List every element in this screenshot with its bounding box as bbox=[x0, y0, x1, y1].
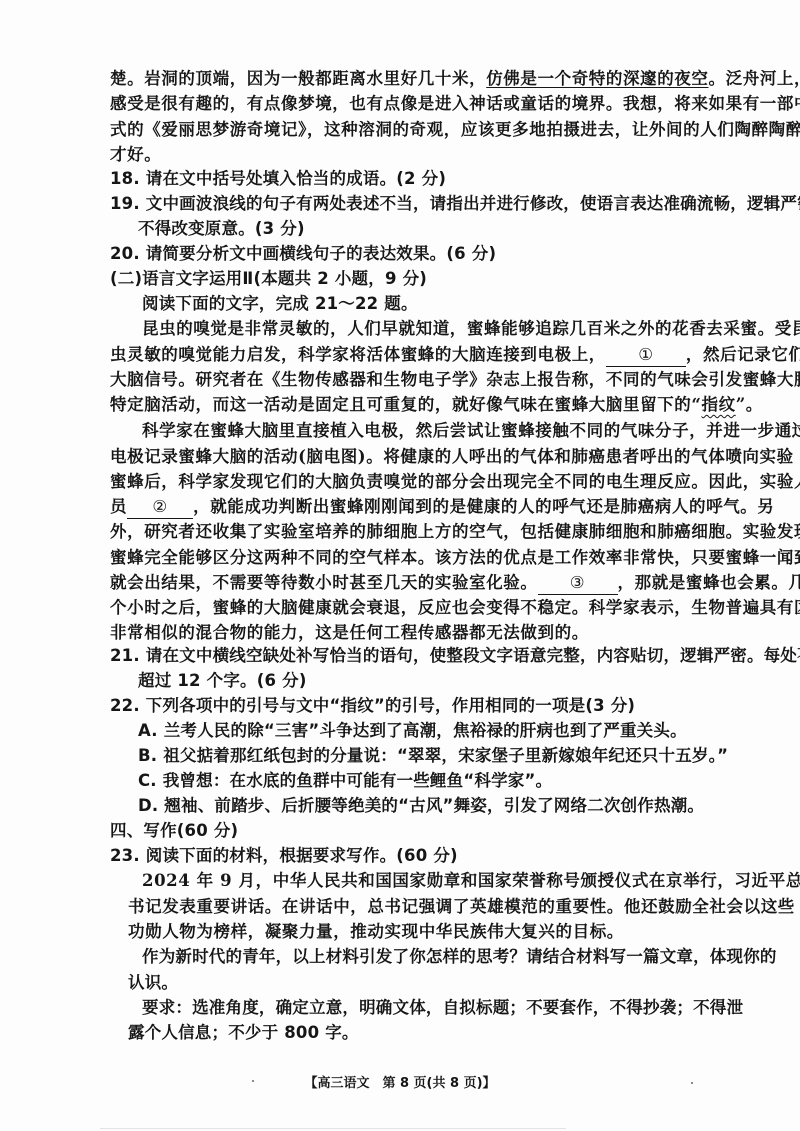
question-23: 23. 阅读下面的材料，根据要求写作。(60 分) bbox=[110, 845, 780, 867]
passage-line: 昆虫的嗅觉是非常灵敏的，人们早就知道，蜜蜂能够追踪几百米之外的花香去采蜜。受昆 bbox=[142, 318, 800, 340]
question-19-cont: 不得改变原意。(3 分) bbox=[138, 218, 800, 240]
passage-line: 电极记录蜜蜂大脑的活动(脑电图)。将健康的人呼出的气体和肺癌患者呼出的气体喷向实… bbox=[110, 446, 780, 468]
question-21-cont: 超过 12 个字。(6 分) bbox=[138, 670, 800, 692]
requirements-line: 要求：选准角度，确定立意，明确文体，自拟标题；不要套作，不得抄袭；不得泄 bbox=[142, 997, 800, 1019]
passage-line: 个小时之后，蜜蜂的大脑健康就会衰退，反应也会变得不稳定。科学家表示，生物普遍具有… bbox=[110, 597, 780, 619]
passage-line: 才好。 bbox=[110, 144, 780, 166]
passage-line: 特定脑活动，而这一活动是固定且可重复的，就好像气味在蜜蜂大脑里留下的“指纹”。 bbox=[110, 394, 780, 416]
material-line: 2024 年 9 月，中华人民共和国国家勋章和国家荣誉称号颁授仪式在京举行，习近… bbox=[142, 870, 800, 892]
passage-line: 感受是很有趣的，有点像梦境，也有点像是进入神话或童话的境界。我想，将来如果有一部… bbox=[110, 93, 780, 115]
passage-line: 楚。岩洞的顶端，因为一般都距离水里好几十米，仿佛是一个奇特的深邃的夜空。泛舟河上… bbox=[110, 68, 780, 90]
requirements-line: 露个人信息；不少于 800 字。 bbox=[128, 1022, 798, 1044]
question-20: 20. 请简要分析文中画横线句子的表达效果。(6 分) bbox=[110, 243, 780, 265]
page-footer: 【高三语文 第 8 页(共 8 页)】 bbox=[0, 1072, 800, 1091]
passage-line: 大脑信号。研究者在《生物传感器和生物电子学》杂志上报告称，不同的气味会引发蜜蜂大… bbox=[110, 369, 780, 391]
passage-line: 外，研究者还收集了实验室培养的肺细胞上方的空气，包括健康肺细胞和肺癌细胞。实验发… bbox=[110, 521, 780, 543]
prompt-line: 作为新时代的青年，以上材料引发了你怎样的思考？请结合材料写一篇文章，体现你的 bbox=[142, 946, 800, 968]
passage-line: 式的《爱丽思梦游奇境记》，这种溶洞的奇观，应该更多地拍摄进去，让外间的人们陶醉陶… bbox=[110, 119, 780, 141]
material-line: 功勋人物为榜样，凝聚力量，推动实现中华民族伟大复兴的目标。 bbox=[128, 921, 798, 943]
passage-line: 蜜蜂完全能够区分这两种不同的空气样本。该方法的优点是工作效率非常快，只要蜜蜂一闻… bbox=[110, 547, 780, 569]
passage-line: 非常相似的混合物的能力，这是任何工程传感器都无法做到的。 bbox=[110, 622, 780, 644]
option-b: B. 祖父掂着那红纸包封的分量说：“翠翠，宋家堡子里新嫁娘年纪还只十五岁。” bbox=[138, 745, 800, 767]
question-21: 21. 请在文中横线空缺处补写恰当的语句，使整段文字语意完整，内容贴切，逻辑严密… bbox=[110, 645, 780, 667]
section-instruction: 阅读下面的文字，完成 21～22 题。 bbox=[142, 293, 800, 315]
passage-line: 科学家在蜜蜂大脑里直接植入电极，然后尝试让蜜蜂接触不同的气味分子，并进一步通过 bbox=[142, 420, 800, 442]
underlined-sentence: 仿佛是一个奇特的深邃的夜空 bbox=[486, 69, 708, 88]
material-line: 书记发表重要讲话。在讲话中，总书记强调了英雄模范的重要性。他还鼓励全社会以这些 bbox=[128, 896, 798, 918]
option-c: C. 我曾想：在水底的鱼群中可能有一些鲤鱼“科学家”。 bbox=[138, 770, 800, 792]
bottom-edge bbox=[100, 1128, 566, 1129]
passage-line: 蜜蜂后，科学家发现它们的大脑负责嗅觉的部分会出现完全不同的电生理反应。因此，实验… bbox=[110, 471, 780, 493]
blank-1: ① bbox=[606, 344, 686, 367]
passage-line: 虫灵敏的嗅觉能力启发，科学家将活体蜜蜂的大脑连接到电极上，①，然后记录它们的 bbox=[110, 344, 780, 367]
passage-line: 就会出结果，不需要等待数小时甚至几天的实验室化验。③，那就是蜜蜂也会累。几 bbox=[110, 572, 780, 595]
option-a: A. 兰考人民的除“三害”斗争达到了高潮，焦裕禄的肝病也到了严重关头。 bbox=[138, 720, 800, 742]
question-19: 19. 文中画波浪线的句子有两处表述不当，请指出并进行修改，使语言表达准确流畅，… bbox=[110, 193, 780, 215]
option-d: D. 翘袖、前踏步、后折腰等绝美的“古风”舞姿，引发了网络二次创作热潮。 bbox=[138, 795, 800, 817]
prompt-line: 认识。 bbox=[128, 972, 798, 994]
section-heading: (二)语言文字运用Ⅱ(本题共 2 小题，9 分) bbox=[110, 268, 780, 290]
wavy-underlined-word: 指纹 bbox=[702, 395, 736, 414]
passage-line: 员②，就能成功判断出蜜蜂刚刚闻到的是健康的人的呼气还是肺癌病人的呼气。另 bbox=[110, 496, 780, 519]
exam-page: 楚。岩洞的顶端，因为一般都距离水里好几十米，仿佛是一个奇特的深邃的夜空。泛舟河上… bbox=[0, 0, 800, 1131]
blank-3: ③ bbox=[538, 572, 618, 595]
writing-heading: 四、写作(60 分) bbox=[110, 820, 780, 842]
blank-2: ② bbox=[127, 496, 193, 519]
question-22: 22. 下列各项中的引号与文中“指纹”的引号，作用相同的一项是(3 分) bbox=[110, 695, 780, 717]
question-18: 18. 请在文中括号处填入恰当的成语。(2 分) bbox=[110, 168, 780, 190]
